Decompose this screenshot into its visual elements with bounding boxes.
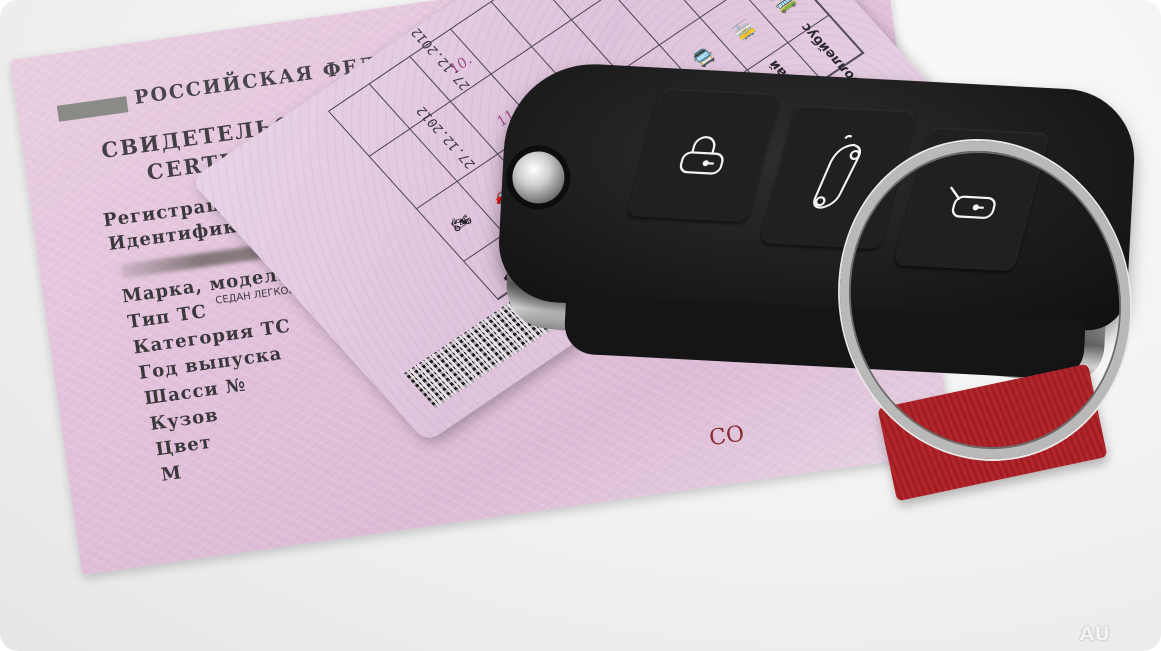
- watermark: AU: [1079, 623, 1111, 645]
- reg-field: Кузов: [149, 405, 220, 435]
- motorcycle-icon: 🏍: [446, 209, 476, 235]
- trolleybus-icon: 🚎: [770, 0, 799, 15]
- reg-flag: [57, 96, 129, 122]
- reg-field: Цвет: [154, 432, 213, 461]
- tram-icon: 🚋: [729, 17, 758, 42]
- reg-stamp: СО: [708, 422, 746, 452]
- lock-icon: [672, 133, 735, 177]
- reg-field: М: [160, 462, 184, 486]
- photo-frame: РОССИЙСКАЯ ФЕДЕРАЦИЯ СВИДЕТЕЛЬСТВО О РЕГ…: [0, 0, 1161, 651]
